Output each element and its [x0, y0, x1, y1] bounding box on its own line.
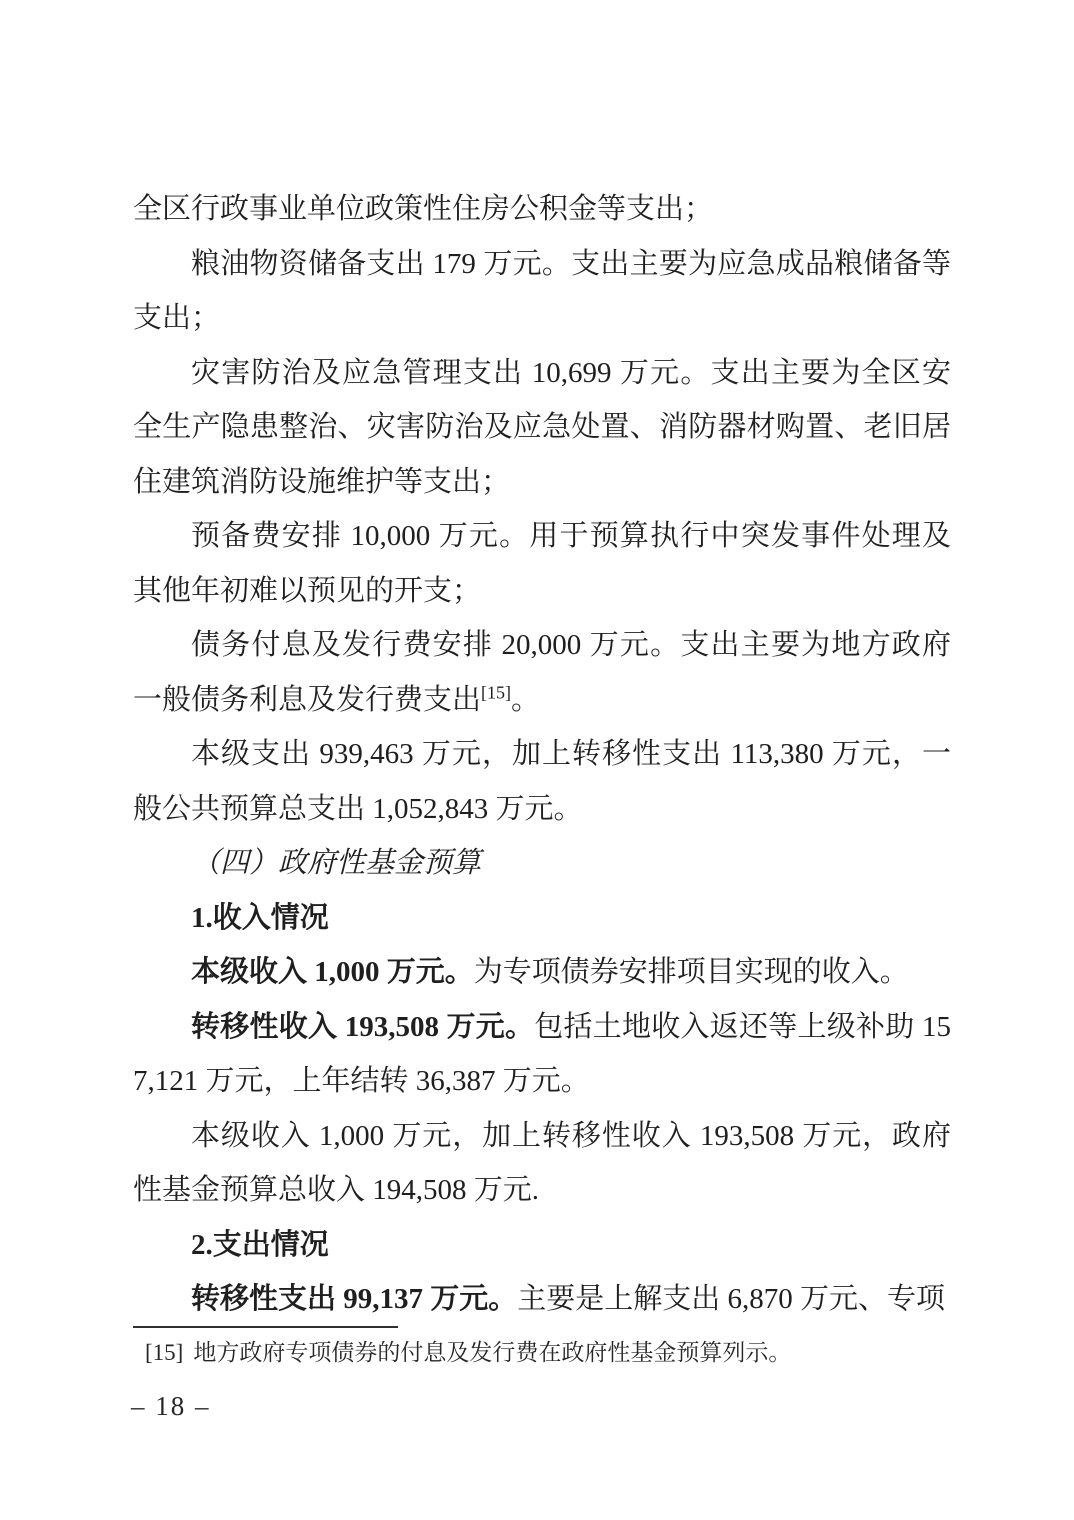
- text-segment: 灾害防治及应急管理支出 10,699 万元。支出主要为全区安全生产隐患整治、灾害…: [133, 357, 951, 498]
- text-segment: （四）政府性基金预算: [191, 847, 481, 879]
- footnote-separator: [133, 1326, 398, 1328]
- document-page: 全区行政事业单位政策性住房公积金等支出；粮油物资储备支出 179 万元。支出主要…: [0, 0, 1074, 1520]
- text-segment: 全区行政事业单位政策性住房公积金等支出；: [133, 193, 713, 225]
- paragraph: 转移性收入 193,508 万元。包括土地收入返还等上级补助 157,121 万…: [133, 1000, 951, 1109]
- text-segment: 本级收入 1,000 万元，加上转移性收入 193,508 万元，政府性基金预算…: [133, 1120, 951, 1207]
- paragraph: 全区行政事业单位政策性住房公积金等支出；: [133, 182, 951, 237]
- text-segment: 。: [511, 684, 540, 716]
- footnote: [15]地方政府专项债券的付息及发行费在政府性基金预算列示。: [133, 1337, 953, 1369]
- paragraph: 2.支出情况: [133, 1218, 951, 1273]
- footnote-area: [15]地方政府专项债券的付息及发行费在政府性基金预算列示。: [133, 1326, 953, 1369]
- text-segment: 1.收入情况: [191, 902, 329, 934]
- paragraph: 预备费安排 10,000 万元。用于预算执行中突发事件处理及其他年初难以预见的开…: [133, 509, 951, 618]
- text-segment: 为专项债券安排项目实现的收入。: [474, 956, 909, 988]
- text-segment: 转移性收入 193,508 万元。: [191, 1011, 534, 1043]
- footnote-text: 地方政府专项债券的付息及发行费在政府性基金预算列示。: [193, 1340, 791, 1365]
- paragraph: 灾害防治及应急管理支出 10,699 万元。支出主要为全区安全生产隐患整治、灾害…: [133, 346, 951, 510]
- paragraph: 本级收入 1,000 万元。为专项债券安排项目实现的收入。: [133, 945, 951, 1000]
- paragraph: 债务付息及发行费安排 20,000 万元。支出主要为地方政府一般债务利息及发行费…: [133, 618, 951, 727]
- paragraph: 本级收入 1,000 万元，加上转移性收入 193,508 万元，政府性基金预算…: [133, 1109, 951, 1218]
- text-segment: 粮油物资储备支出 179 万元。支出主要为应急成品粮储备等支出；: [133, 248, 951, 335]
- footnote-reference: [15]: [481, 682, 511, 702]
- footnote-marker: [15]: [145, 1340, 183, 1365]
- text-segment: 预备费安排 10,000 万元。用于预算执行中突发事件处理及其他年初难以预见的开…: [133, 520, 951, 607]
- text-segment: 本级收入 1,000 万元。: [191, 956, 474, 988]
- text-segment: 本级支出 939,463 万元，加上转移性支出 113,380 万元，一般公共预…: [133, 738, 951, 825]
- text-segment: 债务付息及发行费安排 20,000 万元。支出主要为地方政府一般债务利息及发行费…: [133, 629, 951, 716]
- paragraph: 转移性支出 99,137 万元。主要是上解支出 6,870 万元、专项: [133, 1272, 951, 1327]
- document-body: 全区行政事业单位政策性住房公积金等支出；粮油物资储备支出 179 万元。支出主要…: [133, 182, 951, 1327]
- page-number: – 18 –: [131, 1390, 211, 1422]
- text-segment: 2.支出情况: [191, 1229, 329, 1261]
- paragraph: 本级支出 939,463 万元，加上转移性支出 113,380 万元，一般公共预…: [133, 727, 951, 836]
- paragraph: 粮油物资储备支出 179 万元。支出主要为应急成品粮储备等支出；: [133, 237, 951, 346]
- text-segment: 转移性支出 99,137 万元。: [191, 1283, 517, 1315]
- paragraph: （四）政府性基金预算: [133, 836, 951, 891]
- paragraph: 1.收入情况: [133, 891, 951, 946]
- text-segment: 主要是上解支出 6,870 万元、专项: [517, 1283, 945, 1315]
